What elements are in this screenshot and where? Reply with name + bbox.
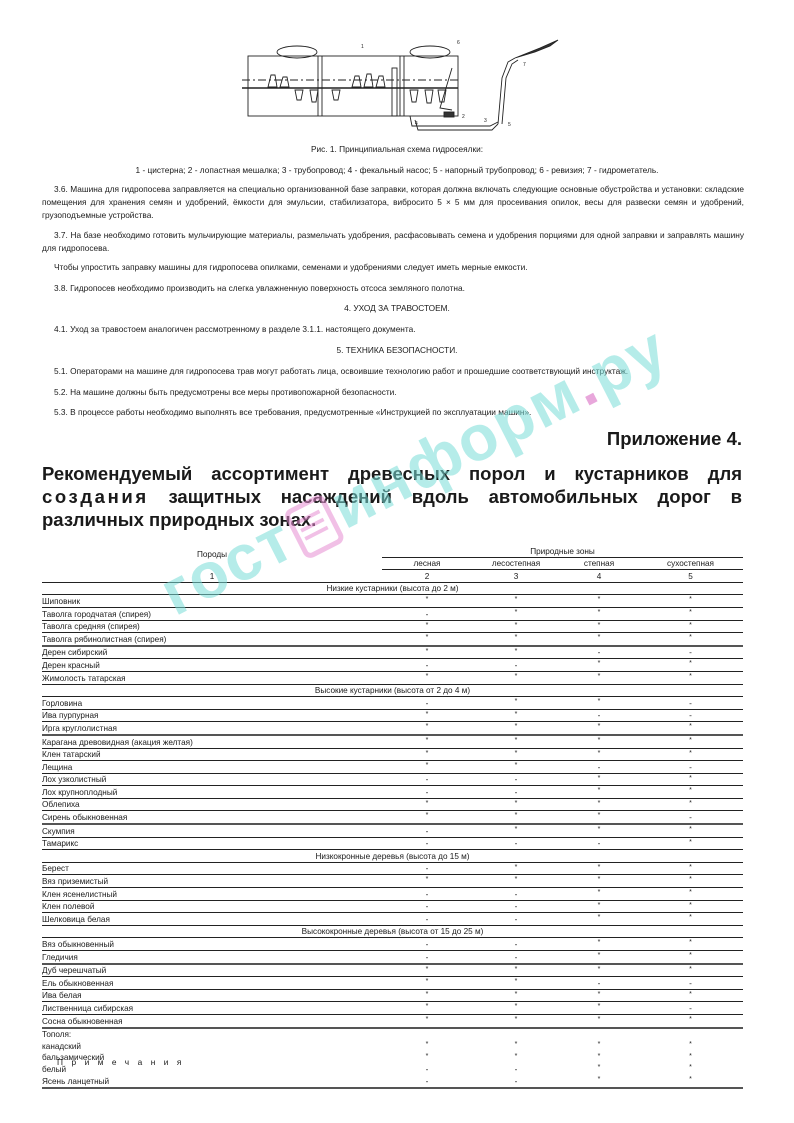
suitability-mark: - xyxy=(560,761,638,774)
suitability-mark: * xyxy=(638,913,743,926)
species-name: Скумпия xyxy=(42,824,382,837)
species-name: Ива белая xyxy=(42,989,382,1002)
suitability-mark: * xyxy=(560,811,638,824)
suitability-mark: * xyxy=(560,900,638,913)
subgroup-title: Тополя: xyxy=(42,1028,743,1041)
table-row: Таволга городчатая (спирея)-*** xyxy=(42,607,743,620)
table-row: Ель обыкновенная**-- xyxy=(42,977,743,990)
header-species: Породы xyxy=(42,545,382,570)
species-name: Горловина xyxy=(42,697,382,710)
header-zone: лесная xyxy=(382,557,472,570)
species-name: Жимолость татарская xyxy=(42,671,382,684)
suitability-mark: * xyxy=(472,1052,560,1064)
section-heading-4: 4. УХОД ЗА ТРАВОСТОЕМ. xyxy=(40,303,754,313)
title-line-3: различных природных зонах. xyxy=(42,509,316,530)
suitability-mark: * xyxy=(638,1014,743,1027)
suitability-mark: * xyxy=(472,671,560,684)
suitability-mark: * xyxy=(382,671,472,684)
species-name: Клен полевой xyxy=(42,900,382,913)
suitability-mark: * xyxy=(472,1002,560,1015)
suitability-mark: * xyxy=(472,824,560,837)
species-name: Таволга рябинолистная (спирея) xyxy=(42,633,382,646)
suitability-mark: * xyxy=(382,964,472,977)
figure-caption: Рис. 1. Принципиальная схема гидросеялки… xyxy=(40,144,754,154)
table-row: Клен ясенелистный--** xyxy=(42,888,743,901)
suitability-mark: * xyxy=(472,633,560,646)
suitability-mark: - xyxy=(382,900,472,913)
paragraph-3-7: 3.7. На базе необходимо готовить мульчир… xyxy=(42,229,744,255)
header-zones: Природные зоны xyxy=(382,545,743,557)
suitability-mark: * xyxy=(638,620,743,633)
suitability-mark: * xyxy=(638,773,743,786)
suitability-mark: - xyxy=(472,837,560,850)
suitability-mark: * xyxy=(638,798,743,811)
paragraph-3-8: 3.8. Гидропосев необходимо производить н… xyxy=(54,283,754,293)
group-header-row: Низкие кустарники (высота до 2 м) xyxy=(42,582,743,595)
suitability-mark: * xyxy=(560,697,638,710)
suitability-mark: * xyxy=(560,722,638,735)
suitability-mark: * xyxy=(382,875,472,888)
suitability-mark: * xyxy=(560,1075,638,1088)
suitability-mark: * xyxy=(560,607,638,620)
suitability-mark: * xyxy=(472,735,560,748)
header-column-number: 4 xyxy=(560,570,638,583)
svg-text:1: 1 xyxy=(361,44,364,50)
suitability-mark: - xyxy=(382,1063,472,1075)
suitability-mark: - xyxy=(382,659,472,672)
suitability-mark: * xyxy=(638,748,743,761)
table-row: Клен полевой--** xyxy=(42,900,743,913)
suitability-mark: * xyxy=(382,735,472,748)
suitability-mark: - xyxy=(638,709,743,722)
suitability-mark: * xyxy=(472,697,560,710)
table-row: Скумпия-*** xyxy=(42,824,743,837)
species-name: Клен татарский xyxy=(42,748,382,761)
suitability-mark: - xyxy=(382,951,472,964)
table-row: Лиственница сибирская***- xyxy=(42,1002,743,1015)
suitability-mark: - xyxy=(472,938,560,951)
suitability-mark: * xyxy=(560,659,638,672)
suitability-mark: * xyxy=(560,798,638,811)
species-name: Лиственница сибирская xyxy=(42,1002,382,1015)
suitability-mark: * xyxy=(382,595,472,608)
paragraph-5-1: 5.1. Операторами на машине для гидропосе… xyxy=(54,366,754,376)
svg-text:6: 6 xyxy=(457,40,460,46)
table-row: Тамарикс---* xyxy=(42,837,743,850)
species-name: Вяз обыкновенный xyxy=(42,938,382,951)
suitability-mark: * xyxy=(638,824,743,837)
species-name: Карагана древовидная (акация желтая) xyxy=(42,735,382,748)
suitability-mark: - xyxy=(560,709,638,722)
appendix-title: Рекомендуемый ассортимент древесных поро… xyxy=(42,462,742,531)
suitability-mark: - xyxy=(382,786,472,799)
paragraph-5-2: 5.2. На машине должны быть предусмотрены… xyxy=(54,387,754,397)
suitability-mark: - xyxy=(382,837,472,850)
suitability-mark: * xyxy=(472,761,560,774)
table-row: Таволга рябинолистная (спирея)**** xyxy=(42,633,743,646)
suitability-mark: * xyxy=(560,735,638,748)
table-row: Шиповник**** xyxy=(42,595,743,608)
species-name: Лещина xyxy=(42,761,382,774)
group-title: Высококронные деревья (высота от 15 до 2… xyxy=(42,925,743,938)
paragraph-5-3: 5.3. В процессе работы необходимо выполн… xyxy=(54,407,754,417)
suitability-mark: * xyxy=(560,824,638,837)
suitability-mark: * xyxy=(560,862,638,875)
suitability-mark: - xyxy=(472,900,560,913)
species-name: Лох узколистный xyxy=(42,773,382,786)
suitability-mark: * xyxy=(638,1063,743,1075)
suitability-mark: - xyxy=(382,824,472,837)
suitability-mark: * xyxy=(560,1052,638,1064)
appendix-label: Приложение 4. xyxy=(607,428,742,450)
section-heading-5: 5. ТЕХНИКА БЕЗОПАСНОСТИ. xyxy=(40,345,754,355)
suitability-mark: * xyxy=(638,595,743,608)
suitability-mark: * xyxy=(638,938,743,951)
suitability-mark: * xyxy=(560,633,638,646)
group-title: Низкие кустарники (высота до 2 м) xyxy=(42,582,743,595)
header-zone: степная xyxy=(560,557,638,570)
suitability-mark: * xyxy=(472,709,560,722)
table-row: Шелковица белая--** xyxy=(42,913,743,926)
suitability-mark: * xyxy=(638,633,743,646)
suitability-mark: * xyxy=(382,989,472,1002)
suitability-mark: - xyxy=(472,951,560,964)
suitability-mark: * xyxy=(638,1040,743,1052)
group-header-row: Низкокронные деревья (высота до 15 м) xyxy=(42,850,743,863)
suitability-mark: * xyxy=(472,811,560,824)
species-name: Гледичия xyxy=(42,951,382,964)
table-row: Дерен сибирский**-- xyxy=(42,646,743,659)
suitability-mark: - xyxy=(638,811,743,824)
table-row: Карагана древовидная (акация желтая)**** xyxy=(42,735,743,748)
header-column-number: 1 xyxy=(42,570,382,583)
species-name: Ирга круглолистная xyxy=(42,722,382,735)
table-row: Лещина**-- xyxy=(42,761,743,774)
suitability-mark: * xyxy=(560,1040,638,1052)
species-name: Ель обыкновенная xyxy=(42,977,382,990)
suitability-mark: * xyxy=(560,595,638,608)
suitability-mark: * xyxy=(382,761,472,774)
suitability-mark: * xyxy=(472,964,560,977)
suitability-mark: * xyxy=(382,1002,472,1015)
suitability-mark: * xyxy=(472,646,560,659)
suitability-mark: * xyxy=(472,620,560,633)
suitability-mark: * xyxy=(638,722,743,735)
suitability-mark: * xyxy=(560,989,638,1002)
group-header-row: Высокие кустарники (высота от 2 до 4 м) xyxy=(42,684,743,697)
species-name: Шелковица белая xyxy=(42,913,382,926)
suitability-mark: * xyxy=(638,671,743,684)
species-name: Клен ясенелистный xyxy=(42,888,382,901)
title-line-1: Рекомендуемый ассортимент древесных поро… xyxy=(42,463,742,484)
title-spaced-word: создания xyxy=(42,486,149,507)
suitability-mark: * xyxy=(472,798,560,811)
suitability-mark: - xyxy=(472,659,560,672)
suitability-mark: * xyxy=(472,595,560,608)
suitability-mark: - xyxy=(560,977,638,990)
suitability-mark: * xyxy=(560,951,638,964)
suitability-mark: * xyxy=(638,607,743,620)
suitability-mark: * xyxy=(638,888,743,901)
suitability-mark: * xyxy=(560,875,638,888)
table-row: Вяз обыкновенный--** xyxy=(42,938,743,951)
species-name: Сирень обыкновенная xyxy=(42,811,382,824)
suitability-mark: - xyxy=(472,773,560,786)
species-name: канадский xyxy=(42,1040,382,1052)
suitability-mark: - xyxy=(382,607,472,620)
header-zone: сухостепная xyxy=(638,557,743,570)
header-zone: лесостепная xyxy=(472,557,560,570)
suitability-mark: * xyxy=(560,913,638,926)
species-name: Берест xyxy=(42,862,382,875)
species-table: Породы Природные зоны леснаялесостепнаяс… xyxy=(42,545,743,1089)
suitability-mark: - xyxy=(382,862,472,875)
suitability-mark: * xyxy=(638,659,743,672)
svg-text:3: 3 xyxy=(484,118,487,124)
table-row: Сирень обыкновенная***- xyxy=(42,811,743,824)
suitability-mark: * xyxy=(560,748,638,761)
suitability-mark: - xyxy=(382,888,472,901)
paragraph-3-6: 3.6. Машина для гидропосева заправляется… xyxy=(42,183,744,222)
suitability-mark: * xyxy=(638,1052,743,1064)
table-row: канадский**** xyxy=(42,1040,743,1052)
suitability-mark: * xyxy=(382,1052,472,1064)
species-name: Дерен красный xyxy=(42,659,382,672)
suitability-mark: * xyxy=(472,989,560,1002)
suitability-mark: * xyxy=(638,1075,743,1088)
svg-text:4: 4 xyxy=(415,121,418,127)
table-row: Лох крупноплодный--** xyxy=(42,786,743,799)
suitability-mark: * xyxy=(638,951,743,964)
suitability-mark: * xyxy=(638,964,743,977)
paragraph-3-7-note: Чтобы упростить заправку машины для гидр… xyxy=(54,262,754,272)
suitability-mark: - xyxy=(382,697,472,710)
notes-label: Примечания xyxy=(57,1057,190,1067)
suitability-mark: - xyxy=(472,786,560,799)
suitability-mark: - xyxy=(472,888,560,901)
table-row: Дуб черешчатый**** xyxy=(42,964,743,977)
table-row: Вяз приземистый**** xyxy=(42,875,743,888)
suitability-mark: * xyxy=(382,620,472,633)
table-row: Клен татарский**** xyxy=(42,748,743,761)
suitability-mark: * xyxy=(560,964,638,977)
table-row: Ирга круглолистная**** xyxy=(42,722,743,735)
suitability-mark: * xyxy=(382,646,472,659)
suitability-mark: * xyxy=(560,786,638,799)
suitability-mark: * xyxy=(638,862,743,875)
suitability-mark: * xyxy=(560,620,638,633)
group-title: Низкокронные деревья (высота до 15 м) xyxy=(42,850,743,863)
table-row: Гледичия--** xyxy=(42,951,743,964)
species-name: Дерен сибирский xyxy=(42,646,382,659)
suitability-mark: * xyxy=(382,977,472,990)
suitability-mark: * xyxy=(560,1063,638,1075)
table-row: Горловина-**- xyxy=(42,697,743,710)
suitability-mark: - xyxy=(382,1075,472,1088)
species-name: Шиповник xyxy=(42,595,382,608)
species-name: Таволга городчатая (спирея) xyxy=(42,607,382,620)
suitability-mark: * xyxy=(472,1014,560,1027)
suitability-mark: * xyxy=(638,875,743,888)
table-row: Ива белая**** xyxy=(42,989,743,1002)
suitability-mark: * xyxy=(472,748,560,761)
table-row: Лох узколистный--** xyxy=(42,773,743,786)
suitability-mark: - xyxy=(560,646,638,659)
subgroup-title-row: Тополя: xyxy=(42,1028,743,1041)
suitability-mark: - xyxy=(382,913,472,926)
suitability-mark: - xyxy=(638,646,743,659)
suitability-mark: * xyxy=(382,1014,472,1027)
species-name: Таволга средняя (спирея) xyxy=(42,620,382,633)
table-row: Жимолость татарская**** xyxy=(42,671,743,684)
title-line-2: защитных насаждений вдоль автомобильных … xyxy=(149,486,742,507)
species-name: Облепиха xyxy=(42,798,382,811)
table-row: Облепиха**** xyxy=(42,798,743,811)
suitability-mark: - xyxy=(382,773,472,786)
suitability-mark: - xyxy=(638,1002,743,1015)
suitability-mark: * xyxy=(472,1040,560,1052)
header-column-number: 2 xyxy=(382,570,472,583)
suitability-mark: * xyxy=(560,938,638,951)
table-row: Ива пурпурная**-- xyxy=(42,709,743,722)
suitability-mark: * xyxy=(638,735,743,748)
svg-text:7: 7 xyxy=(523,62,526,68)
suitability-mark: * xyxy=(472,607,560,620)
header-column-number: 5 xyxy=(638,570,743,583)
group-header-row: Высококронные деревья (высота от 15 до 2… xyxy=(42,925,743,938)
suitability-mark: * xyxy=(382,633,472,646)
svg-text:5: 5 xyxy=(508,122,511,128)
species-name: Вяз приземистый xyxy=(42,875,382,888)
hydroseeder-diagram: 1 6 7 2 3 4 5 xyxy=(240,38,560,133)
suitability-mark: * xyxy=(382,748,472,761)
table-row: Берест-*** xyxy=(42,862,743,875)
suitability-mark: - xyxy=(638,697,743,710)
suitability-mark: * xyxy=(382,811,472,824)
suitability-mark: * xyxy=(472,977,560,990)
table-row: Дерен красный--** xyxy=(42,659,743,672)
suitability-mark: * xyxy=(472,722,560,735)
species-name: Ива пурпурная xyxy=(42,709,382,722)
table-row: Таволга средняя (спирея)**** xyxy=(42,620,743,633)
suitability-mark: * xyxy=(638,837,743,850)
suitability-mark: - xyxy=(382,938,472,951)
suitability-mark: * xyxy=(560,773,638,786)
suitability-mark: - xyxy=(638,761,743,774)
figure-legend: 1 - цистерна; 2 - лопастная мешалка; 3 -… xyxy=(40,165,754,175)
suitability-mark: * xyxy=(382,722,472,735)
suitability-mark: * xyxy=(472,875,560,888)
suitability-mark: * xyxy=(560,671,638,684)
species-name: Лох крупноплодный xyxy=(42,786,382,799)
suitability-mark: - xyxy=(560,837,638,850)
suitability-mark: * xyxy=(638,989,743,1002)
suitability-mark: - xyxy=(638,977,743,990)
species-name: Тамарикс xyxy=(42,837,382,850)
suitability-mark: * xyxy=(382,1040,472,1052)
species-name: Сосна обыкновенная xyxy=(42,1014,382,1027)
suitability-mark: * xyxy=(638,786,743,799)
paragraph-4-1: 4.1. Уход за травостоем аналогичен рассм… xyxy=(54,324,754,334)
table-row: Ясень ланцетный--** xyxy=(42,1075,743,1088)
suitability-mark: * xyxy=(560,1014,638,1027)
species-name: Ясень ланцетный xyxy=(42,1075,382,1088)
suitability-mark: - xyxy=(472,1063,560,1075)
suitability-mark: - xyxy=(472,913,560,926)
species-name: Дуб черешчатый xyxy=(42,964,382,977)
suitability-mark: - xyxy=(472,1075,560,1088)
suitability-mark: * xyxy=(382,798,472,811)
suitability-mark: * xyxy=(560,888,638,901)
suitability-mark: * xyxy=(560,1002,638,1015)
group-title: Высокие кустарники (высота от 2 до 4 м) xyxy=(42,684,743,697)
suitability-mark: * xyxy=(382,709,472,722)
table-row: Сосна обыкновенная**** xyxy=(42,1014,743,1027)
suitability-mark: * xyxy=(472,862,560,875)
svg-text:2: 2 xyxy=(462,114,465,120)
suitability-mark: * xyxy=(638,900,743,913)
header-column-number: 3 xyxy=(472,570,560,583)
